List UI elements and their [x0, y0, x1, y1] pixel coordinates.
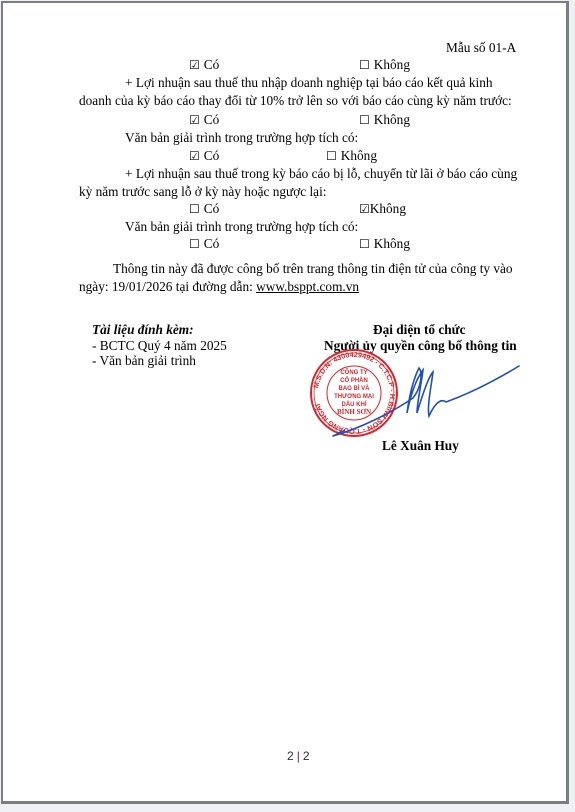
- unchecked-box-icon: ☐: [359, 57, 370, 73]
- signer-name: Lê Xuân Huy: [382, 438, 459, 454]
- option-co-5: ☐Có: [189, 236, 219, 252]
- checked-box-icon: ☑: [189, 57, 200, 73]
- option-co-3: ☑Có: [189, 148, 219, 164]
- page-number: 2|2: [287, 749, 310, 763]
- paragraph-profit-change: + Lợi nhuận sau thuế thu nhập doanh nghi…: [125, 75, 493, 91]
- explanation-label-2: Văn bản giải trình trong trường hợp tích…: [125, 219, 358, 235]
- signature-title: Đại diện tổ chức: [373, 322, 466, 338]
- unchecked-box-icon: ☐: [359, 236, 370, 252]
- unchecked-box-icon: ☐: [189, 236, 200, 252]
- checked-box-icon: ☑: [189, 112, 200, 128]
- unchecked-box-icon: ☐: [326, 148, 337, 164]
- attachments-title: Tài liệu đính kèm:: [92, 322, 194, 338]
- document-page: Mẫu số 01-A ☑Có ☐Không + Lợi nhuận sau t…: [1, 1, 569, 804]
- option-co-1: ☑Có: [189, 57, 219, 73]
- explanation-label-1: Văn bản giải trình trong trường hợp tích…: [125, 130, 358, 146]
- option-khong-5: ☐Không: [359, 236, 410, 252]
- attachment-item: - BCTC Quý 4 năm 2025: [92, 338, 227, 354]
- option-khong-2: ☐Không: [359, 112, 410, 128]
- option-co-2: ☑Có: [189, 112, 219, 128]
- website-link[interactable]: www.bsppt.com.vn: [256, 279, 359, 294]
- unchecked-box-icon: ☐: [359, 112, 370, 128]
- checked-box-icon: ☑: [189, 148, 200, 164]
- option-co-4: ☐Có: [189, 201, 219, 217]
- option-khong-3: ☐Không: [326, 148, 377, 164]
- checked-box-icon: ☑: [359, 201, 370, 217]
- signature-scribble: [321, 358, 521, 443]
- option-khong-4: ☑Không: [359, 201, 406, 217]
- publication-line2: ngày: 19/01/2026 tại đường dẫn: www.bspp…: [79, 279, 359, 295]
- unchecked-box-icon: ☐: [189, 201, 200, 217]
- form-number: Mẫu số 01-A: [446, 40, 516, 56]
- attachment-item: - Văn bản giải trình: [92, 353, 196, 369]
- option-khong-1: ☐Không: [359, 57, 410, 73]
- paragraph-profit-loss: + Lợi nhuận sau thuế trong kỳ báo cáo bị…: [125, 166, 517, 182]
- publication-text: Thông tin này đã được công bố trên trang…: [113, 261, 513, 277]
